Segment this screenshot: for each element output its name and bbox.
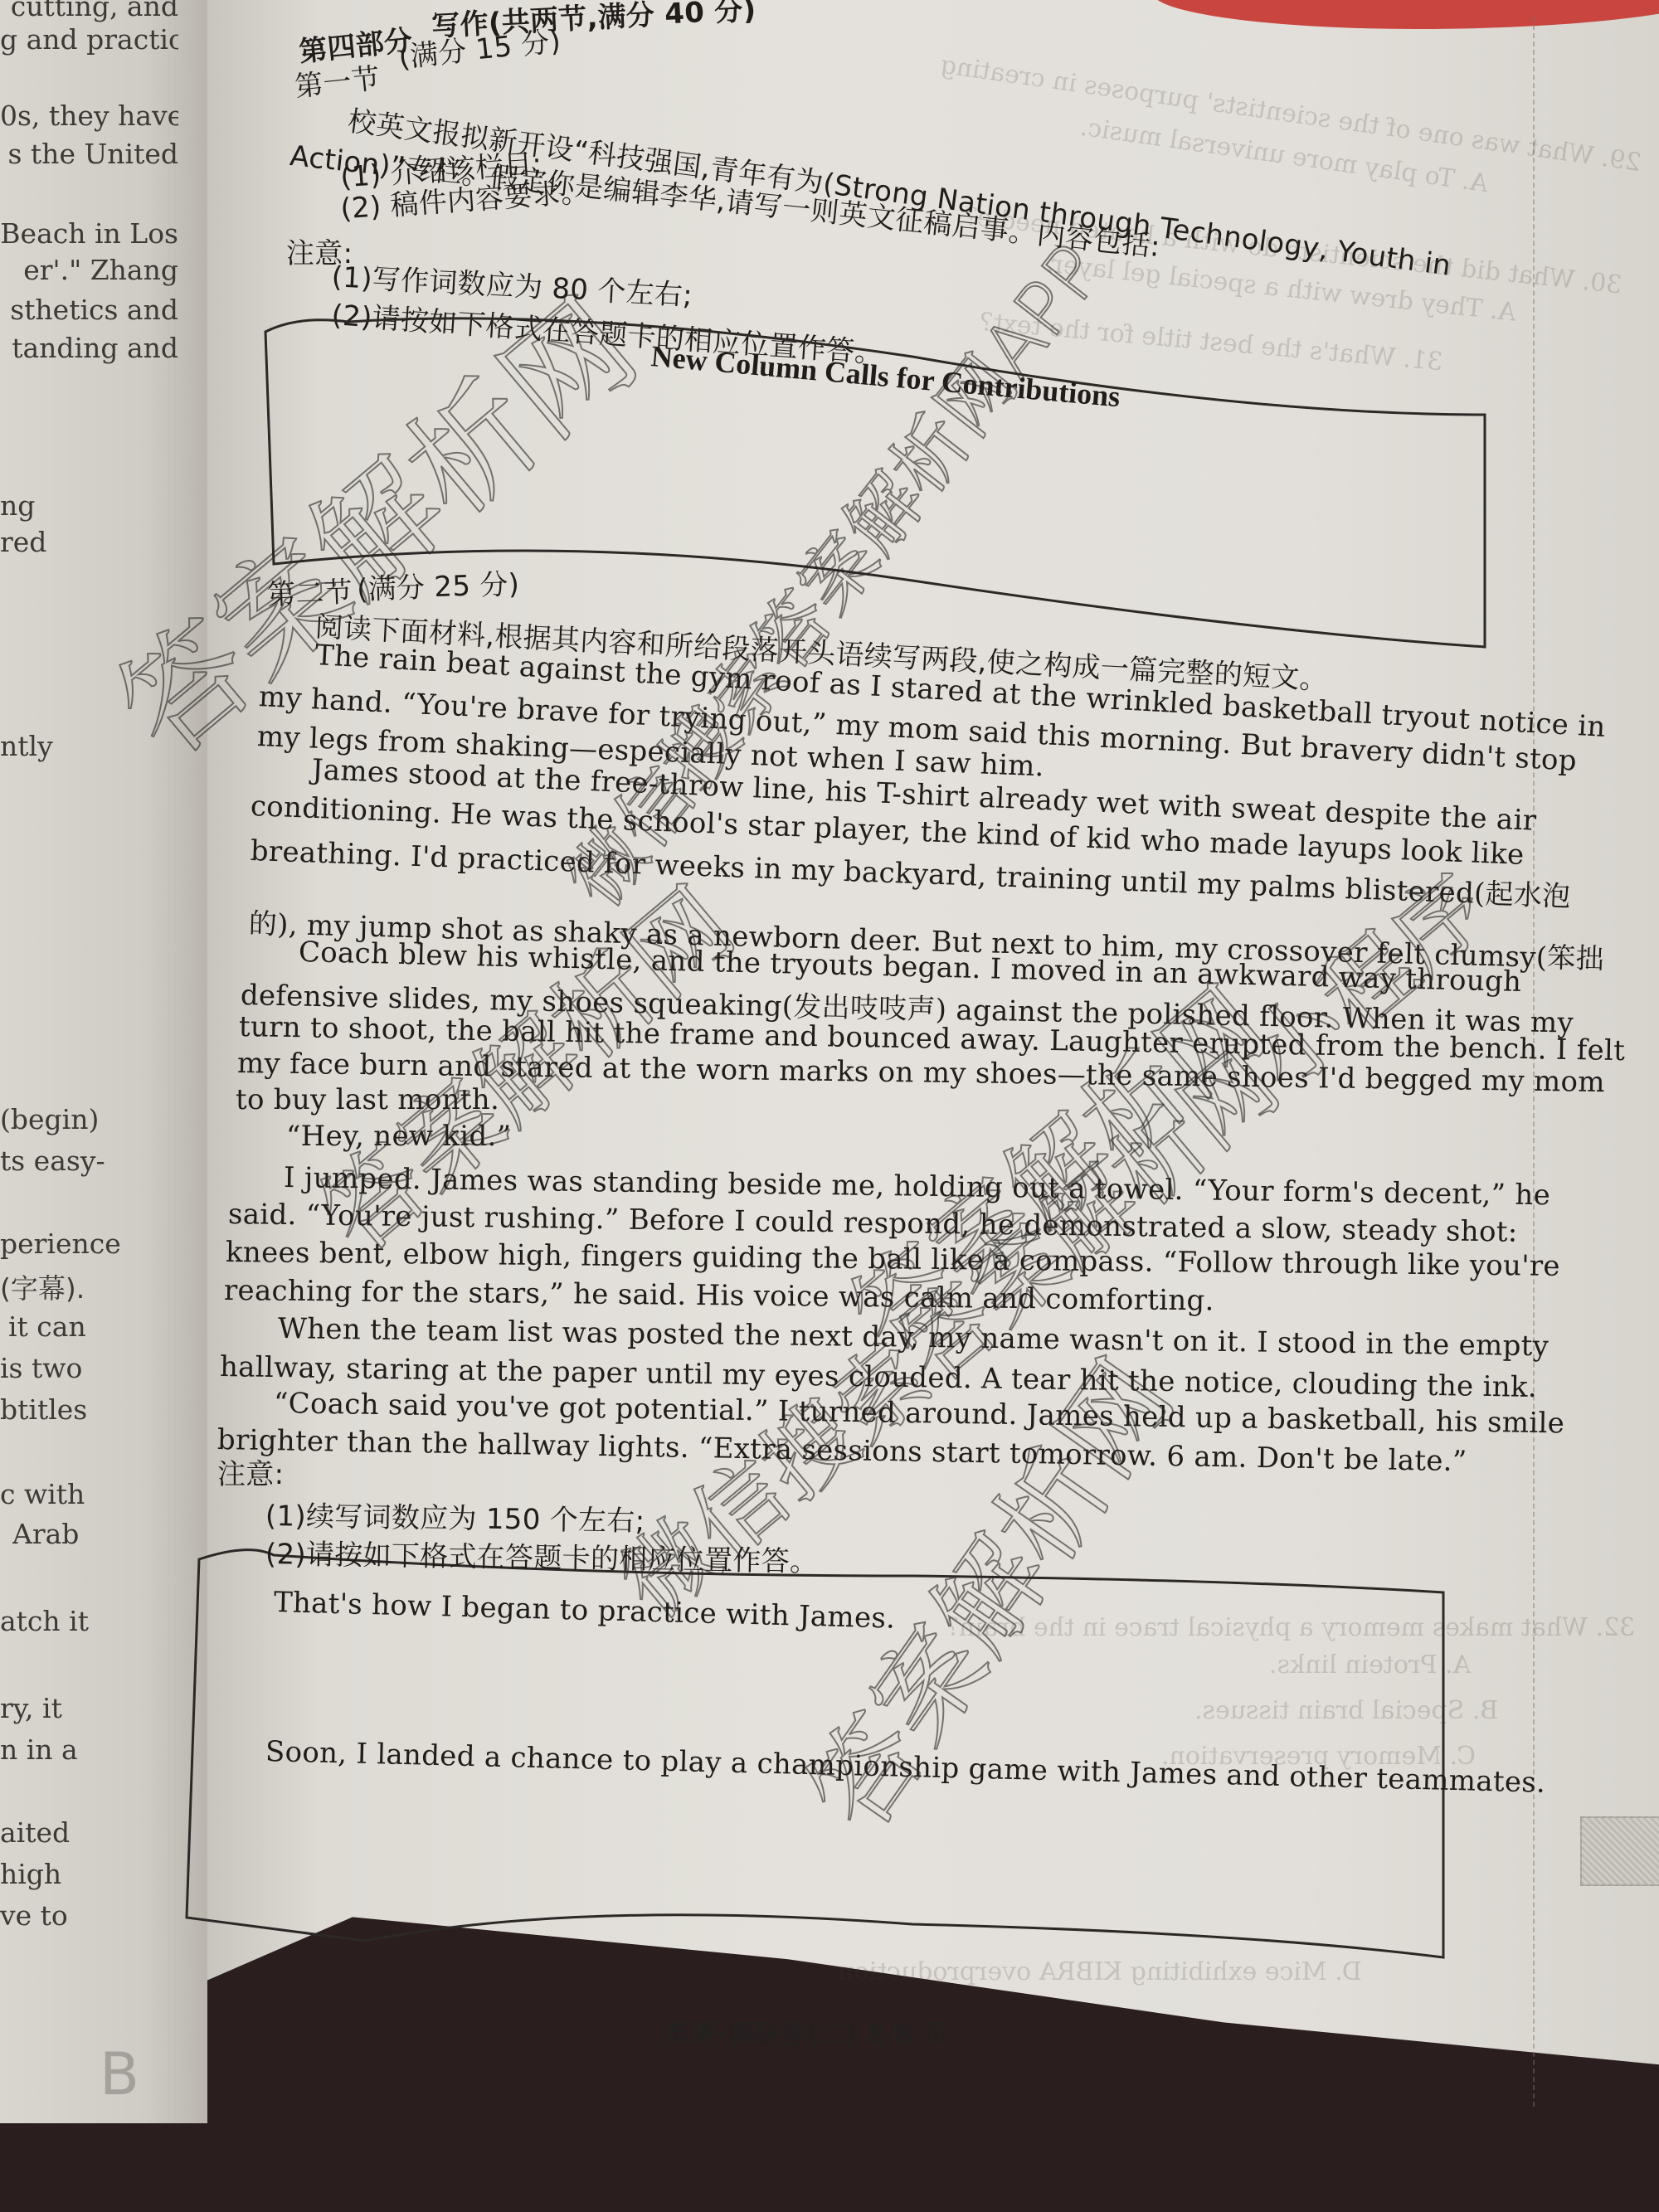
section2-note-label: 注意: — [217, 1451, 284, 1492]
page-footer: 英语·调研卷(二) 8/8 页 — [664, 2014, 949, 2052]
